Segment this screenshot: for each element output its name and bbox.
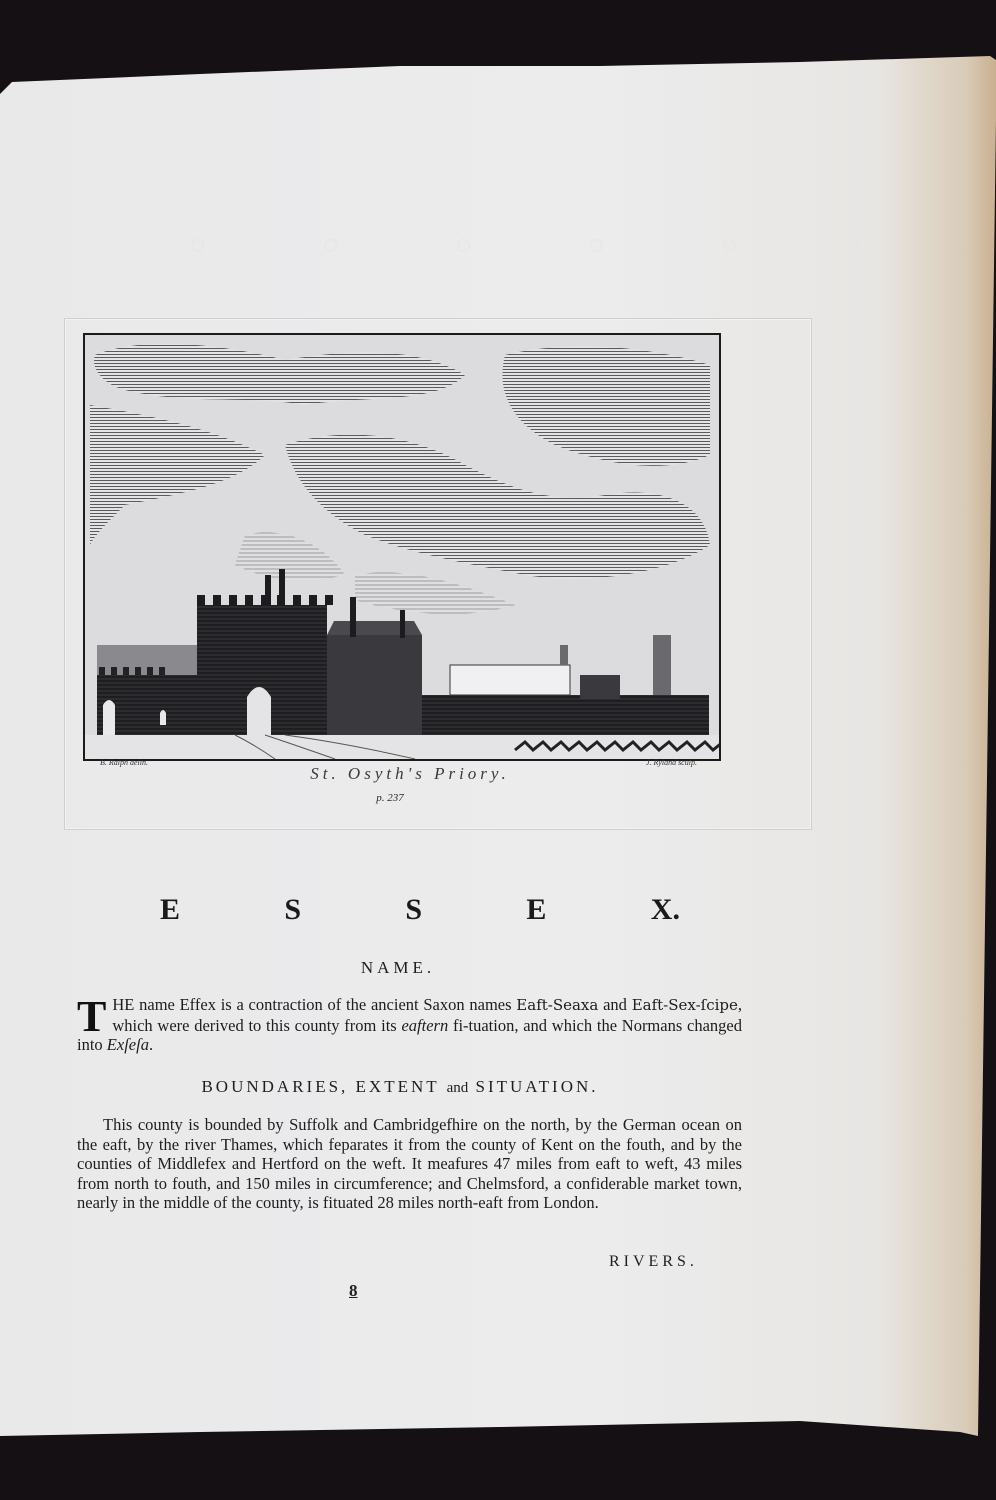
boundaries-paragraph: This county is bounded by Suffolk and Ca…	[77, 1115, 742, 1213]
county-letter: E	[526, 893, 546, 927]
name-paragraph: THE name Effex is a contraction of the a…	[77, 995, 742, 1055]
priory-engraving	[83, 333, 721, 761]
signature-mark: 8	[349, 1281, 358, 1301]
catchword: RIVERS.	[609, 1253, 698, 1271]
drop-cap: T	[77, 999, 106, 1035]
heading-part: SITUATION.	[476, 1077, 599, 1096]
heading-part: BOUNDARIES, EXTENT	[201, 1077, 439, 1096]
county-letter: S	[405, 893, 422, 927]
italic-word: eaftern	[401, 1016, 448, 1035]
engraver-credit: J. Ryland sculp.	[646, 758, 697, 767]
county-title: E S S E X.	[160, 893, 680, 927]
saxon-name: Eaft-Sex-ſcipe	[632, 996, 738, 1014]
county-letter: S	[284, 893, 301, 927]
text-run: HE name Effex is a contraction of the an…	[112, 995, 516, 1014]
heading-and: and	[447, 1080, 469, 1096]
saxon-name: Eaft-Seaxa	[516, 996, 598, 1014]
blind-emboss-marks: ◌◌◌◌◌◌	[190, 230, 870, 260]
plate-page-reference: p. 237	[330, 792, 450, 804]
book-page: ◌◌◌◌◌◌	[0, 0, 996, 1500]
priory-illustration-icon	[85, 335, 719, 759]
county-letter: X.	[651, 893, 680, 927]
text-run: and	[598, 995, 631, 1014]
section-heading-boundaries: BOUNDARIES, EXTENT and SITUATION.	[0, 1077, 800, 1097]
norman-name: Exſeſa	[107, 1035, 149, 1054]
text-run: .	[149, 1035, 153, 1054]
county-letter: E	[160, 893, 180, 927]
artist-credit: B. Ralph delin.	[100, 758, 148, 767]
section-heading-name: NAME.	[0, 958, 796, 978]
plate-title: St. Osyth's Priory.	[230, 764, 590, 784]
